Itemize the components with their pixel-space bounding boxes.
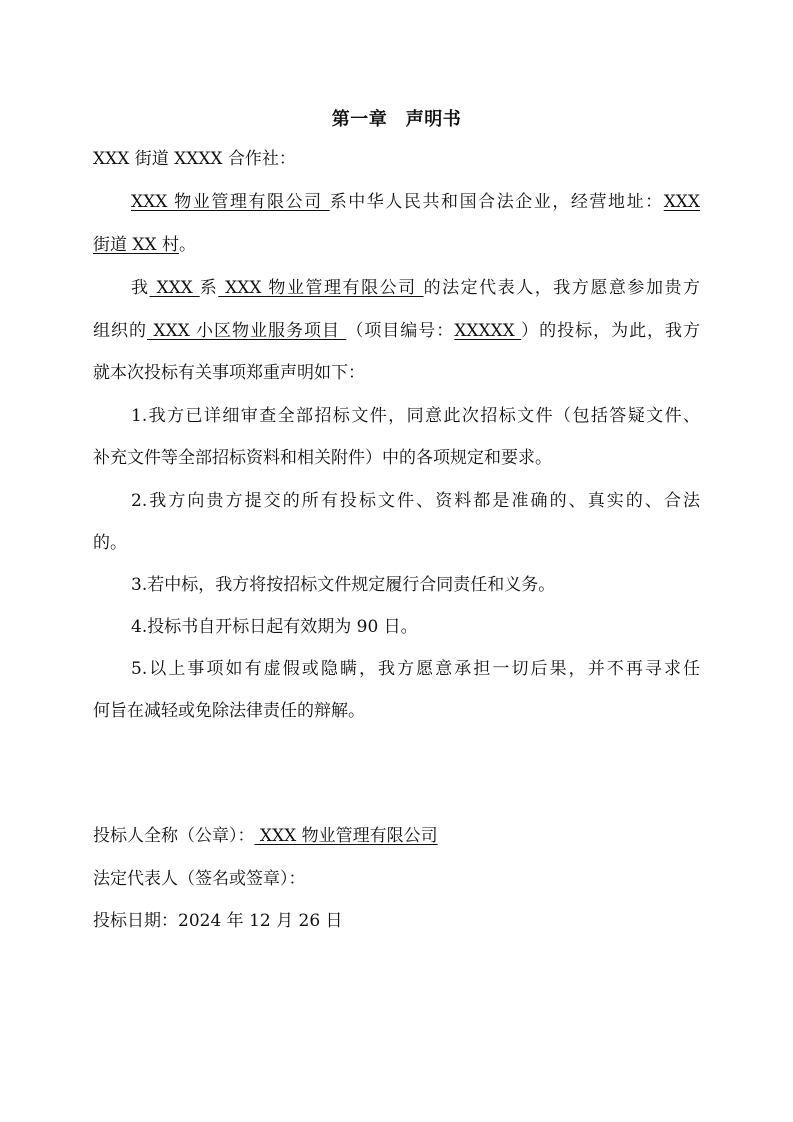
para2-text4: （项目编号：	[346, 321, 454, 341]
item-4: 4.投标书自开标日起有效期为 90 日。	[131, 615, 738, 639]
company-name-field: XXX 物业管理有限公司	[131, 192, 330, 212]
para2-line2: 组织的 XXX 小区物业服务项目 （项目编号：XXXXX ）的投标，为此，我方	[93, 319, 700, 343]
para2-text5: ）的投标，为此，我方	[521, 321, 700, 341]
para2-line3: 就本次投标有关事项郑重声明如下：	[93, 361, 700, 385]
addressee: XXX 街道 XXXX 合作社：	[93, 147, 700, 171]
para2-prefix: 我	[131, 278, 150, 298]
company-name-field-2: XXX 物业管理有限公司	[218, 278, 423, 298]
bid-date-value: 2024 年 12 月 26 日	[178, 911, 343, 931]
representative-field: XXX	[150, 278, 200, 298]
item-5-line2: 何旨在减轻或免除法律责任的辩解。	[93, 699, 700, 723]
address-field-part1: XXX	[664, 192, 700, 212]
para2-text2: 的法定代表人，我方愿意参加贵方	[424, 278, 700, 298]
para1-line2: 街道 XX 村。	[93, 233, 700, 257]
item-2-line1: 2.我方向贵方提交的所有投标文件、资料都是准确的、真实的、合法	[131, 489, 700, 513]
legal-rep-label: 法定代表人（签名或签章）：	[93, 869, 306, 889]
bidder-name-field: XXX 物业管理有限公司	[255, 826, 438, 846]
item-2-line2: 的。	[93, 531, 700, 555]
item-1-line1: 1.我方已详细审查全部招标文件，同意此次招标文件（包括答疑文件、	[131, 404, 700, 428]
project-number-field: XXXXX	[454, 321, 521, 341]
para2-line1: 我 XXX 系 XXX 物业管理有限公司 的法定代表人，我方愿意参加贵方	[131, 276, 700, 300]
para2-text3: 组织的	[93, 321, 147, 341]
bid-date-label: 投标日期：	[93, 911, 178, 931]
bid-date-row: 投标日期：2024 年 12 月 26 日	[93, 909, 700, 933]
para1-line1: XXX 物业管理有限公司 系中华人民共和国合法企业，经营地址：XXX	[131, 190, 700, 214]
project-name-field: XXX 小区物业服务项目	[147, 321, 346, 341]
address-field-part2: 街道 XX 村	[93, 235, 179, 255]
item-1-line2: 补充文件等全部招标资料和相关附件）中的各项规定和要求。	[93, 446, 700, 470]
bidder-name-label: 投标人全称（公章）：	[93, 826, 255, 846]
para1-text: 系中华人民共和国合法企业，经营地址：	[330, 192, 664, 212]
page-title: 第一章 声明书	[0, 105, 793, 131]
document-page: 第一章 声明书 XXX 街道 XXXX 合作社： XXX 物业管理有限公司 系中…	[0, 0, 793, 1122]
legal-rep-row: 法定代表人（签名或签章）：	[93, 867, 700, 891]
item-5-line1: 5.以上事项如有虚假或隐瞒，我方愿意承担一切后果，并不再寻求任	[131, 657, 700, 681]
bidder-name-row: 投标人全称（公章）： XXX 物业管理有限公司	[93, 824, 700, 848]
para2-text1: 系	[200, 278, 219, 298]
item-3: 3.若中标，我方将按招标文件规定履行合同责任和义务。	[131, 573, 738, 597]
para1-end: 。	[179, 235, 196, 255]
